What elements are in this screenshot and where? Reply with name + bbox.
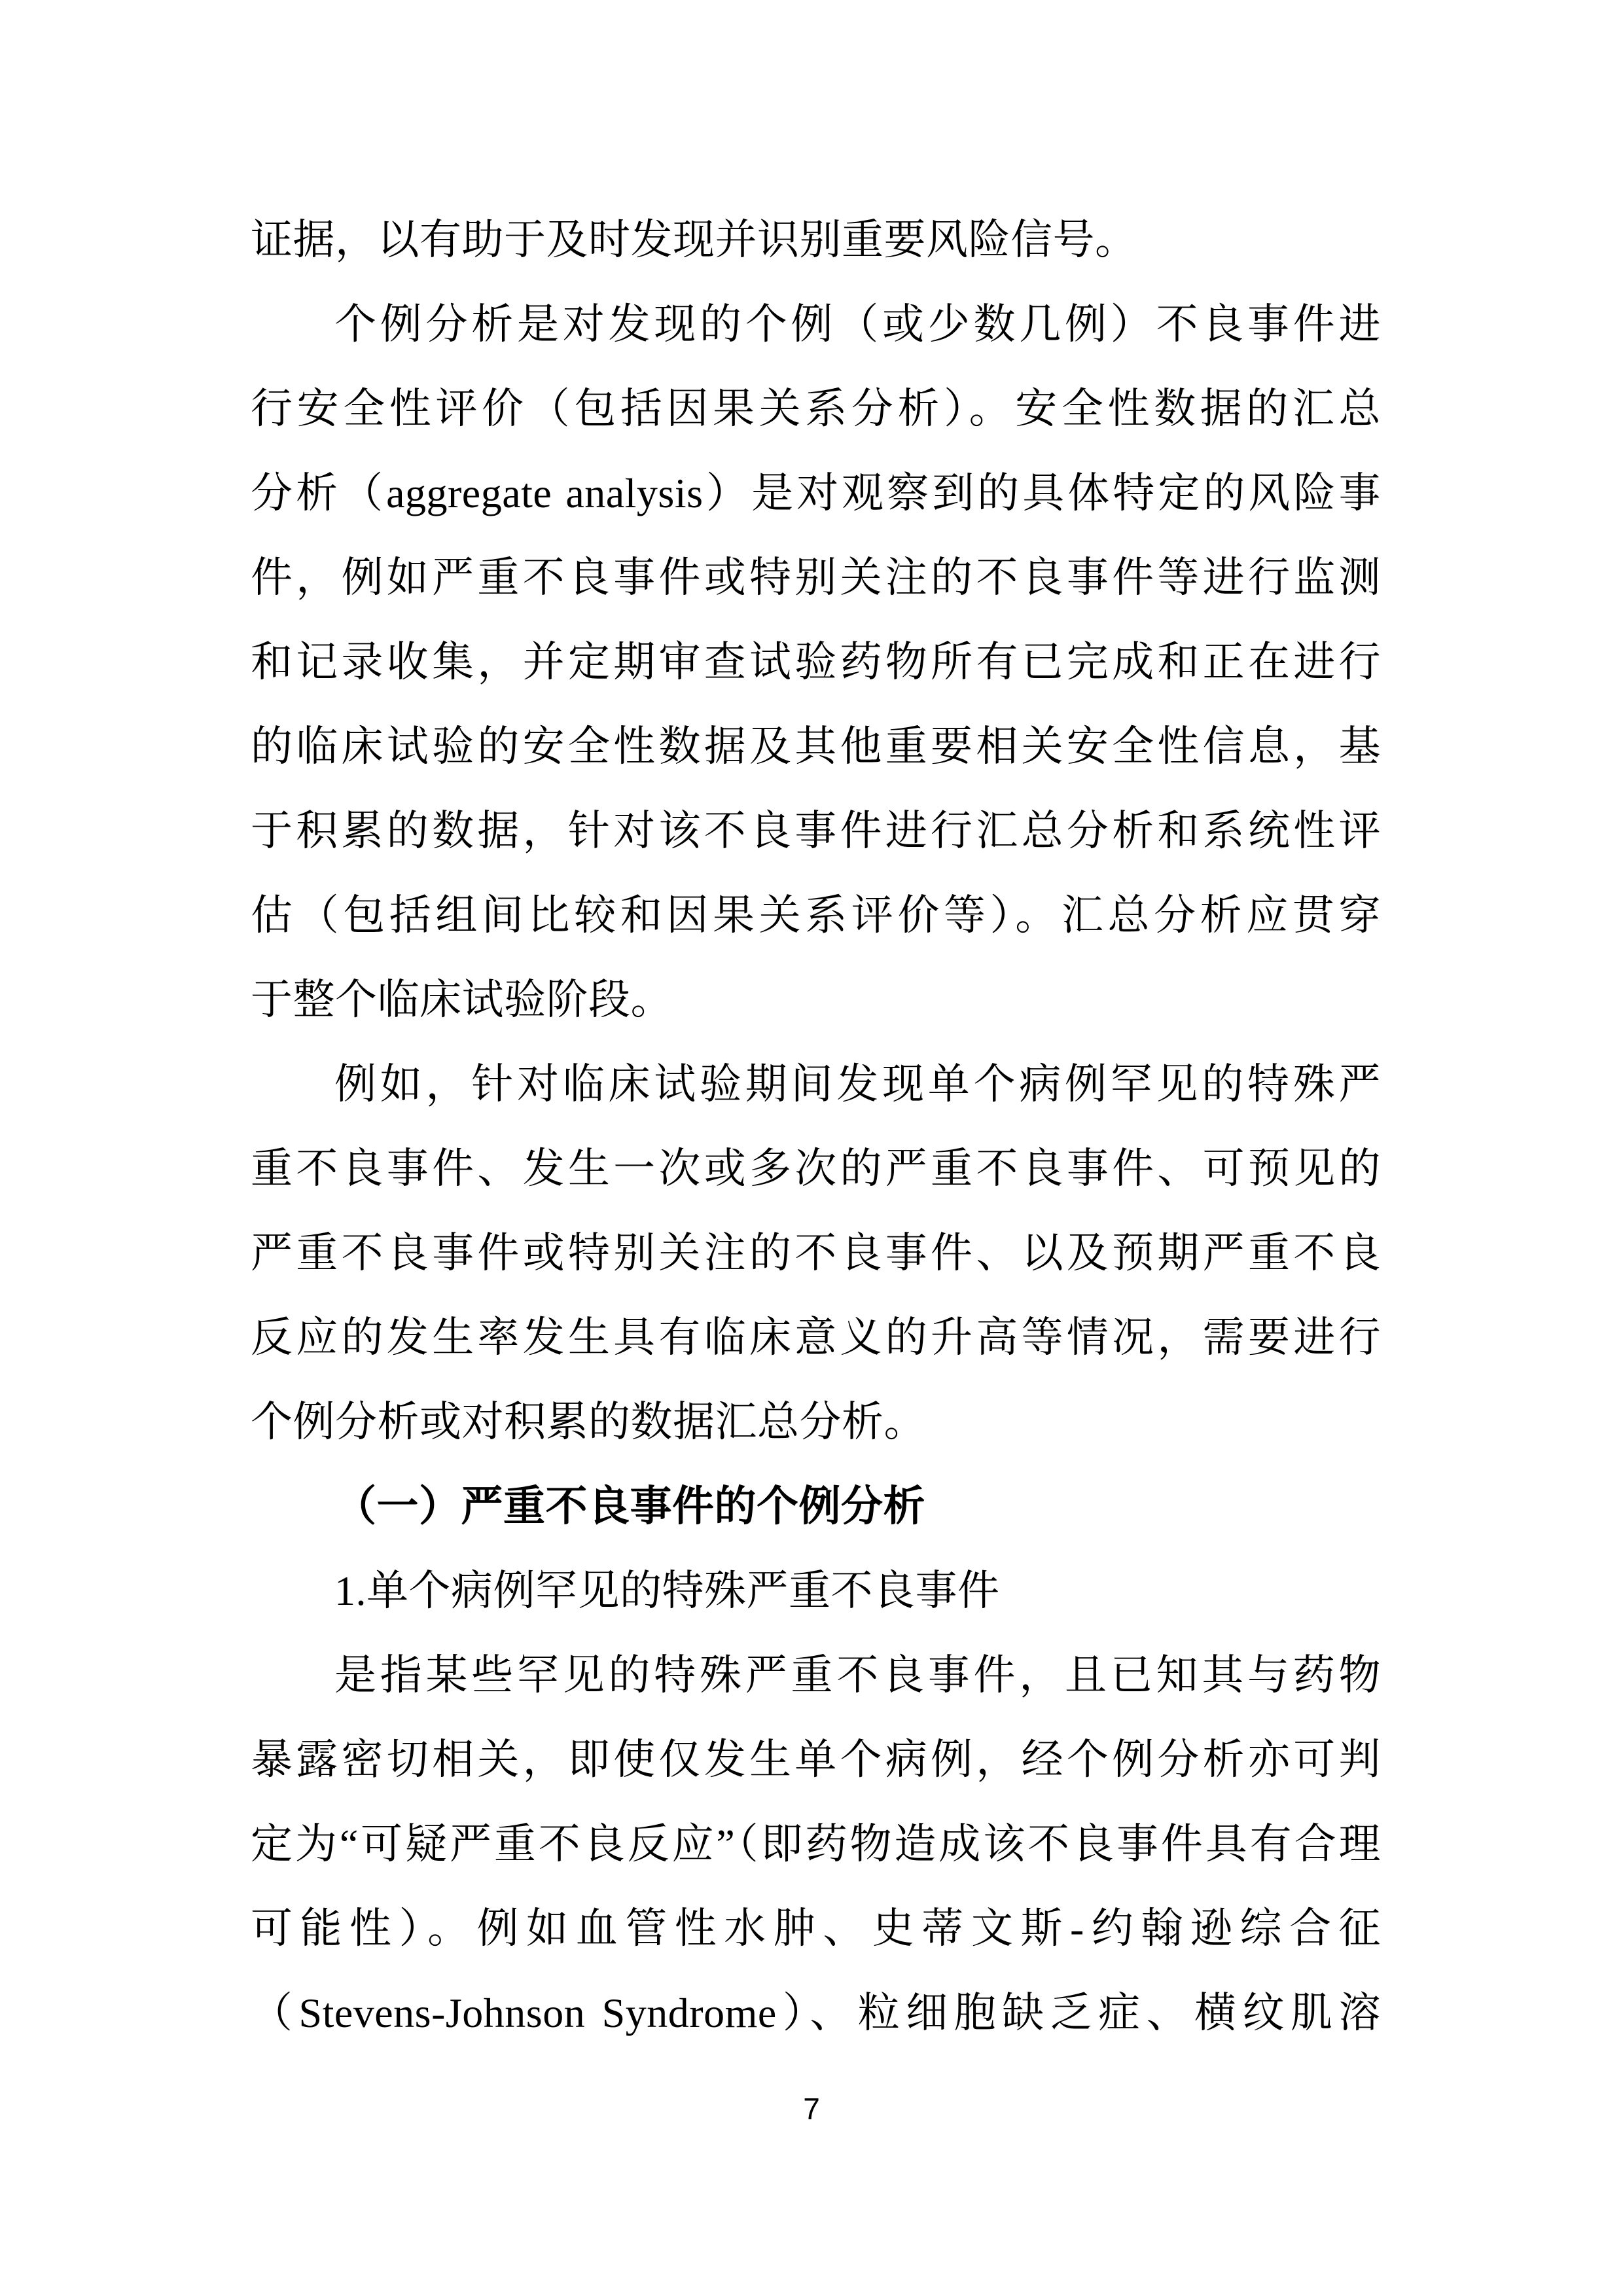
subsection-heading: 1.单个病例罕见的特殊严重不良事件: [251, 1549, 1381, 1633]
body-text: 证据，以有助于及时发现并识别重要风险信号。 个例分析是对发现的个例（或少数几例）…: [251, 198, 1381, 2055]
text-line: 估（包括组间比较和因果关系评价等）。汇总分析应贯穿: [251, 873, 1381, 958]
text-line: 暴露密切相关，即使仅发生单个病例，经个例分析亦可判: [251, 1717, 1381, 1802]
text-line: 的临床试验的安全性数据及其他重要相关安全性信息，基: [251, 704, 1381, 789]
text-line: 是指某些罕见的特殊严重不良事件，且已知其与药物: [251, 1633, 1381, 1717]
text-line: 行安全性评价（包括因果关系分析）。安全性数据的汇总: [251, 367, 1381, 451]
text-line: 分析（aggregate analysis）是对观察到的具体特定的风险事: [251, 451, 1381, 535]
text-line: 证据，以有助于及时发现并识别重要风险信号。: [251, 198, 1381, 282]
text-line: 和记录收集，并定期审查试验药物所有已完成和正在进行: [251, 620, 1381, 704]
text-line: 个例分析或对积累的数据汇总分析。: [251, 1380, 1381, 1464]
text-line: 重不良事件、发生一次或多次的严重不良事件、可预见的: [251, 1126, 1381, 1211]
text-line: （Stevens-Johnson Syndrome）、粒细胞缺乏症、横纹肌溶: [251, 1971, 1381, 2055]
text-line: 严重不良事件或特别关注的不良事件、以及预期严重不良: [251, 1211, 1381, 1295]
text-line: 可能性）。例如血管性水肿、史蒂文斯-约翰逊综合征: [251, 1886, 1381, 1971]
text-line: 个例分析是对发现的个例（或少数几例）不良事件进: [251, 282, 1381, 367]
document-page: 证据，以有助于及时发现并识别重要风险信号。 个例分析是对发现的个例（或少数几例）…: [0, 0, 1623, 2296]
text-line: 反应的发生率发生具有临床意义的升高等情况，需要进行: [251, 1295, 1381, 1380]
text-line: 例如，针对临床试验期间发现单个病例罕见的特殊严: [251, 1042, 1381, 1126]
text-line: 于整个临床试验阶段。: [251, 958, 1381, 1042]
section-heading: （一）严重不良事件的个例分析: [251, 1464, 1381, 1549]
text-line: 于积累的数据，针对该不良事件进行汇总分析和系统性评: [251, 789, 1381, 873]
text-line: 件，例如严重不良事件或特别关注的不良事件等进行监测: [251, 535, 1381, 620]
page-number: 7: [0, 2092, 1623, 2126]
text-line: 定为“可疑严重不良反应”（即药物造成该不良事件具有合理: [251, 1802, 1381, 1886]
